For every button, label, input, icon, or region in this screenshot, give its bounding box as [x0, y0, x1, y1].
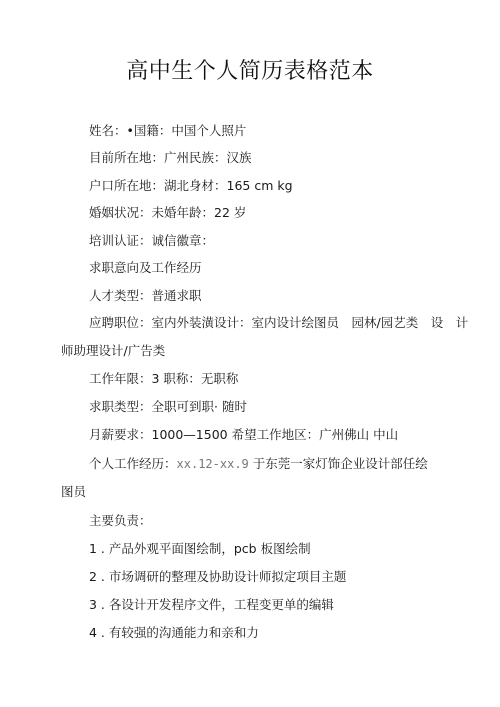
responsibility-item: 2 . 市场调研的整理及协助设计师拟定项目主题 — [89, 569, 346, 585]
work-history-label: 个人工作经历： — [89, 456, 177, 471]
responsibility-item: 1 . 产品外观平面图绘制，pcb 板图绘制 — [89, 541, 311, 557]
page-title: 高中生个人简历表格范本 — [0, 58, 500, 86]
applied-position-continuation: 师助理设计/广告类 — [61, 343, 165, 359]
location-ethnicity-line: 目前所在地：广州民族：汉族 — [89, 150, 252, 166]
work-history-description: 于东莞一家灯饰企业设计部任绘 — [249, 456, 428, 471]
job-type-line: 求职类型：全职可到职· 随时 — [89, 399, 247, 415]
work-years-title-line: 工作年限：3 职称：无职称 — [89, 371, 238, 387]
hukou-height-line: 户口所在地：湖北身材：165 cm kg — [89, 178, 293, 194]
resume-page: 高中生个人简历表格范本 姓名：•国籍：中国个人照片 目前所在地：广州民族：汉族 … — [0, 0, 500, 707]
responsibility-item: 3 . 各设计开发程序文件，工程变更单的编辑 — [89, 597, 334, 613]
responsibilities-heading: 主要负责： — [89, 513, 152, 529]
work-history-line: 个人工作经历：xx.12-xx.9 于东莞一家灯饰企业设计部任绘 — [89, 456, 428, 472]
salary-region-line: 月薪要求：1000—1500 希望工作地区：广州佛山 中山 — [89, 427, 398, 443]
marital-age-line: 婚姻状况：未婚年龄：22 岁 — [89, 205, 246, 221]
talent-type-line: 人才类型：普通求职 — [89, 288, 202, 304]
certification-line: 培训认证：诚信徽章： — [89, 233, 214, 249]
applied-position-line: 应聘职位：室内外装潢设计：室内设计绘图员 园林/园艺类 设 计 — [89, 315, 468, 331]
work-history-period: xx.12-xx.9 — [177, 457, 249, 471]
responsibility-item: 4 . 有较强的沟通能力和亲和力 — [89, 625, 259, 641]
work-history-continuation: 图员 — [61, 484, 86, 500]
name-nationality-line: 姓名：•国籍：中国个人照片 — [89, 123, 246, 139]
section-heading-job-intent: 求职意向及工作经历 — [89, 260, 202, 276]
